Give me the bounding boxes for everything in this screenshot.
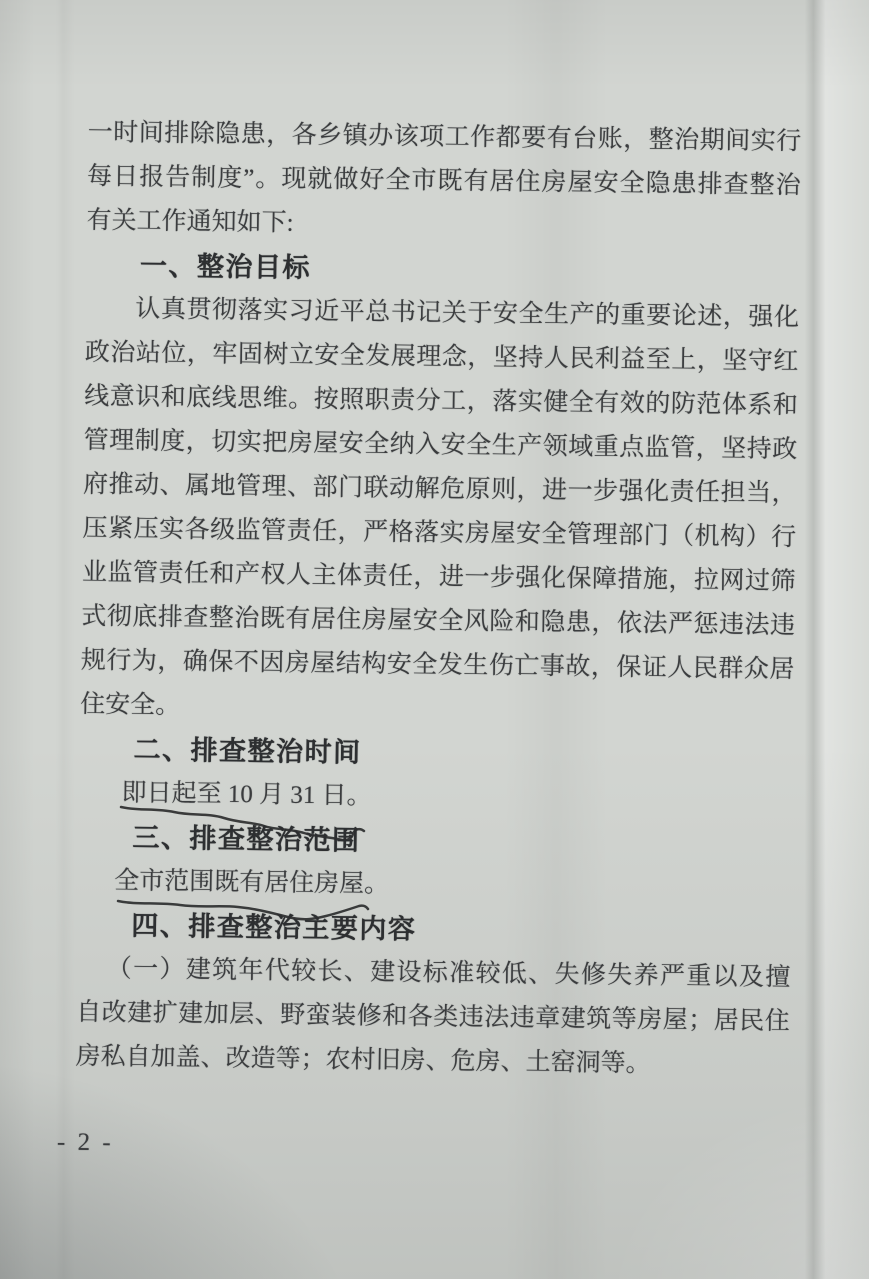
section-1: 一、整治目标认真贯彻落实习近平总书记关于安全生产的重要论述，强化政治站位，牢固树… — [80, 243, 800, 736]
document-body: 一时间排除隐患，各乡镇办该项工作都要有台账，整治期间实行每日报告制度”。现就做好… — [75, 111, 802, 1088]
document-page: 一时间排除隐患，各乡镇办该项工作都要有台账，整治期间实行每日报告制度”。现就做好… — [0, 0, 869, 1279]
section-3: 三、排查整治范围全市范围既有居住房屋。 — [78, 815, 793, 912]
section-4: 四、排查整治主要内容（一）建筑年代较长、建设标准较低、失修失养严重以及擅自改建扩… — [75, 903, 791, 1088]
section-2: 二、排查整治时间即日起至 10 月 31 日。 — [79, 727, 794, 824]
section-1-line: 规行为，确保不因房屋结构安全发生伤亡事故，保证人民群众居 — [81, 639, 796, 692]
page-number: - 2 - — [57, 1129, 114, 1158]
section-4-line: 房私自加盖、改造等；农村旧房、危房、土窑洞等。 — [75, 1035, 790, 1088]
